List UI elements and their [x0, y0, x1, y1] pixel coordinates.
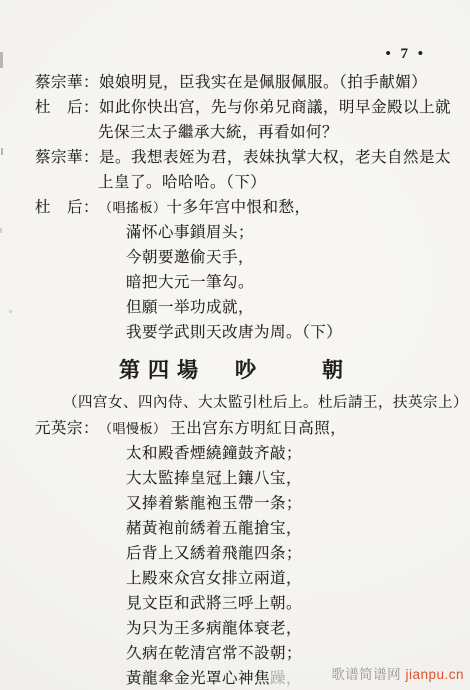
watermark-url: jianpu.cn — [405, 667, 464, 682]
line-text: （四宫女、四內侍、大太監引杜后上。杜后請王，扶英宗上） — [63, 395, 468, 411]
script-line: 蔡宗華：是。我想表姪为君，表妹执掌大权，老夫自然是太 — [35, 145, 470, 170]
line-text: 王出宫东方明紅日高照， — [170, 420, 346, 437]
line-text: 我要学武則天改唐为周。（下） — [126, 324, 342, 341]
line-text: 黃龍傘金光罩心神焦 — [126, 670, 270, 687]
script-line: 但願一举功成就， — [126, 295, 470, 320]
line-text: 后背上又綉着飛龍四条； — [126, 545, 302, 562]
scanned-script-page: • 7 • 蔡宗華：娘娘明見，臣我实在是佩服佩服。（拍手献媚） 杜 后：如此你快… — [0, 0, 470, 690]
speaker-name: 蔡宗華： — [35, 70, 99, 95]
script-line: 杜 后：（唱搖板）十多年宫中恨和愁， — [35, 195, 470, 220]
sing-cue: （唱搖板） — [99, 200, 167, 215]
script-content: 蔡宗華：娘娘明見，臣我实在是佩服佩服。（拍手献媚） 杜 后：如此你快出宫，先与你… — [0, 70, 470, 690]
script-line: 今朝要邀偷天手， — [126, 245, 470, 270]
line-text: 十多年宫中恨和愁， — [167, 199, 311, 216]
line-text: 見文臣和武將三呼上朝。 — [126, 595, 302, 612]
line-text: 是。我想表姪为君，表妹执掌大权，老夫自然是太 — [99, 149, 451, 166]
line-text: 娘娘明見，臣我实在是佩服佩服。（拍手献媚） — [99, 74, 427, 91]
watermark-site-name: 歌谱简谱网 — [331, 667, 401, 682]
page-number: • 7 • — [385, 46, 426, 63]
script-line: 为只为王多病龍体衰老， — [126, 616, 470, 641]
line-text: 上殿來众宫女排立兩道， — [126, 570, 302, 587]
speaker-name: 杜 后： — [35, 95, 99, 120]
script-line: 太和殿香煙繞鐘鼓齐敲； — [126, 441, 470, 466]
watermark: 歌谱简谱网 jianpu.cn — [331, 663, 464, 683]
line-text: 为只为王多病龍体衰老， — [126, 620, 302, 637]
stage-direction: （四宫女、四內侍、大太監引杜后上。杜后請王，扶英宗上） — [63, 391, 470, 416]
scan-artifact — [0, 52, 3, 68]
speaker-name: 杜 后： — [35, 195, 99, 220]
script-line: 暗把大元一筆勾。 — [126, 270, 470, 295]
line-text: 如此你快出宫，先与你弟兄商議，明早金殿以上就 — [99, 99, 451, 116]
line-text: 太和殿香煙繞鐘鼓齐敲； — [126, 445, 302, 462]
line-text: 大太監捧皇冠上鑲八宝， — [126, 470, 302, 487]
line-text: 又捧着紫龍袍玉帶一条； — [126, 495, 302, 512]
line-text: 暗把大元一筆勾。 — [126, 274, 254, 291]
line-text: 今朝要邀偷天手， — [126, 249, 254, 266]
script-line: 上殿來众宫女排立兩道， — [126, 566, 470, 591]
script-line: 先保三太子繼承大統，再看如何？ — [98, 120, 470, 145]
sing-cue: （唱慢板） — [99, 421, 170, 436]
script-line: 又捧着紫龍袍玉帶一条； — [126, 491, 470, 516]
script-line: 蔡宗華：娘娘明見，臣我实在是佩服佩服。（拍手献媚） — [35, 70, 470, 95]
script-line: 赭黃袍前綉着五龍搶宝， — [126, 516, 470, 541]
script-line: 我要学武則天改唐为周。（下） — [126, 320, 470, 345]
line-text: 赭黃袍前綉着五龍搶宝， — [126, 520, 302, 537]
speaker-name: 蔡宗華： — [35, 145, 99, 170]
script-line: 見文臣和武將三呼上朝。 — [126, 591, 470, 616]
speaker-name: 元英宗： — [35, 416, 99, 441]
script-line: 杜 后：如此你快出宫，先与你弟兄商議，明早金殿以上就 — [35, 95, 470, 120]
scene-heading: 第四場 吵 朝 — [0, 355, 470, 385]
line-text: 滿怀心事鎖眉头； — [126, 224, 254, 241]
script-line: 上皇了。哈哈哈。（下） — [98, 170, 470, 195]
line-text: 先保三太子繼承大統，再看如何？ — [98, 124, 338, 141]
script-line: 后背上又綉着飛龍四条； — [126, 541, 470, 566]
script-line: 元英宗：（唱慢板） 王出宫东方明紅日高照， — [35, 416, 470, 441]
line-text: 上皇了。哈哈哈。（下） — [98, 174, 266, 191]
script-line: 大太監捧皇冠上鑲八宝， — [126, 466, 470, 491]
line-text: 但願一举功成就， — [126, 299, 254, 316]
faded-text: 躁， — [270, 670, 302, 687]
line-text: 久病在乾清宫常不設朝； — [126, 645, 302, 662]
script-line: 滿怀心事鎖眉头； — [126, 220, 470, 245]
